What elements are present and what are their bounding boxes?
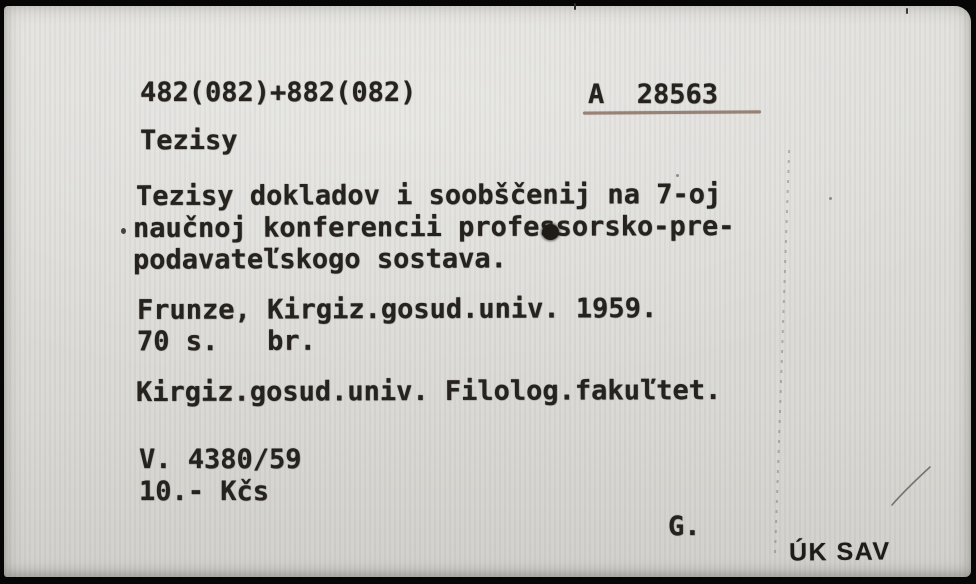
collation-line: 70 s. br. — [137, 327, 316, 358]
paper-speck — [906, 8, 908, 14]
price: 10.- Kčs — [139, 477, 269, 507]
inventory-number: V. 4380/59 — [139, 445, 302, 475]
paper-speck — [676, 174, 679, 177]
scanned-catalog-card: 482(082)+882(082) A 28563 Tezisy Tezisy … — [0, 0, 976, 584]
imprint-line: Frunze, Kirgiz.gosud.univ. 1959. — [137, 294, 657, 326]
title-line-3: podavateľskogo sostava. — [133, 244, 507, 275]
paper-speck — [574, 3, 576, 10]
corporate-entry: Kirgiz.gosud.univ. Filolog.fakuľtet. — [136, 376, 721, 408]
heading-tezisy: Tezisy — [140, 126, 238, 156]
accession-number: A 28563 — [588, 80, 718, 110]
cataloguer-initials: G. — [668, 512, 701, 542]
library-stamp: ÚK SAV — [789, 537, 891, 567]
title-line-1: Tezisy dokladov i soobščenij na 7-oj — [136, 180, 721, 212]
paper-speck — [829, 197, 832, 200]
paper-speck — [121, 228, 126, 234]
ink-blob — [542, 224, 559, 240]
title-line-2: naučnoj konferencii professorsko-pre- — [133, 212, 735, 244]
classification-number: 482(082)+882(082) — [140, 78, 416, 108]
